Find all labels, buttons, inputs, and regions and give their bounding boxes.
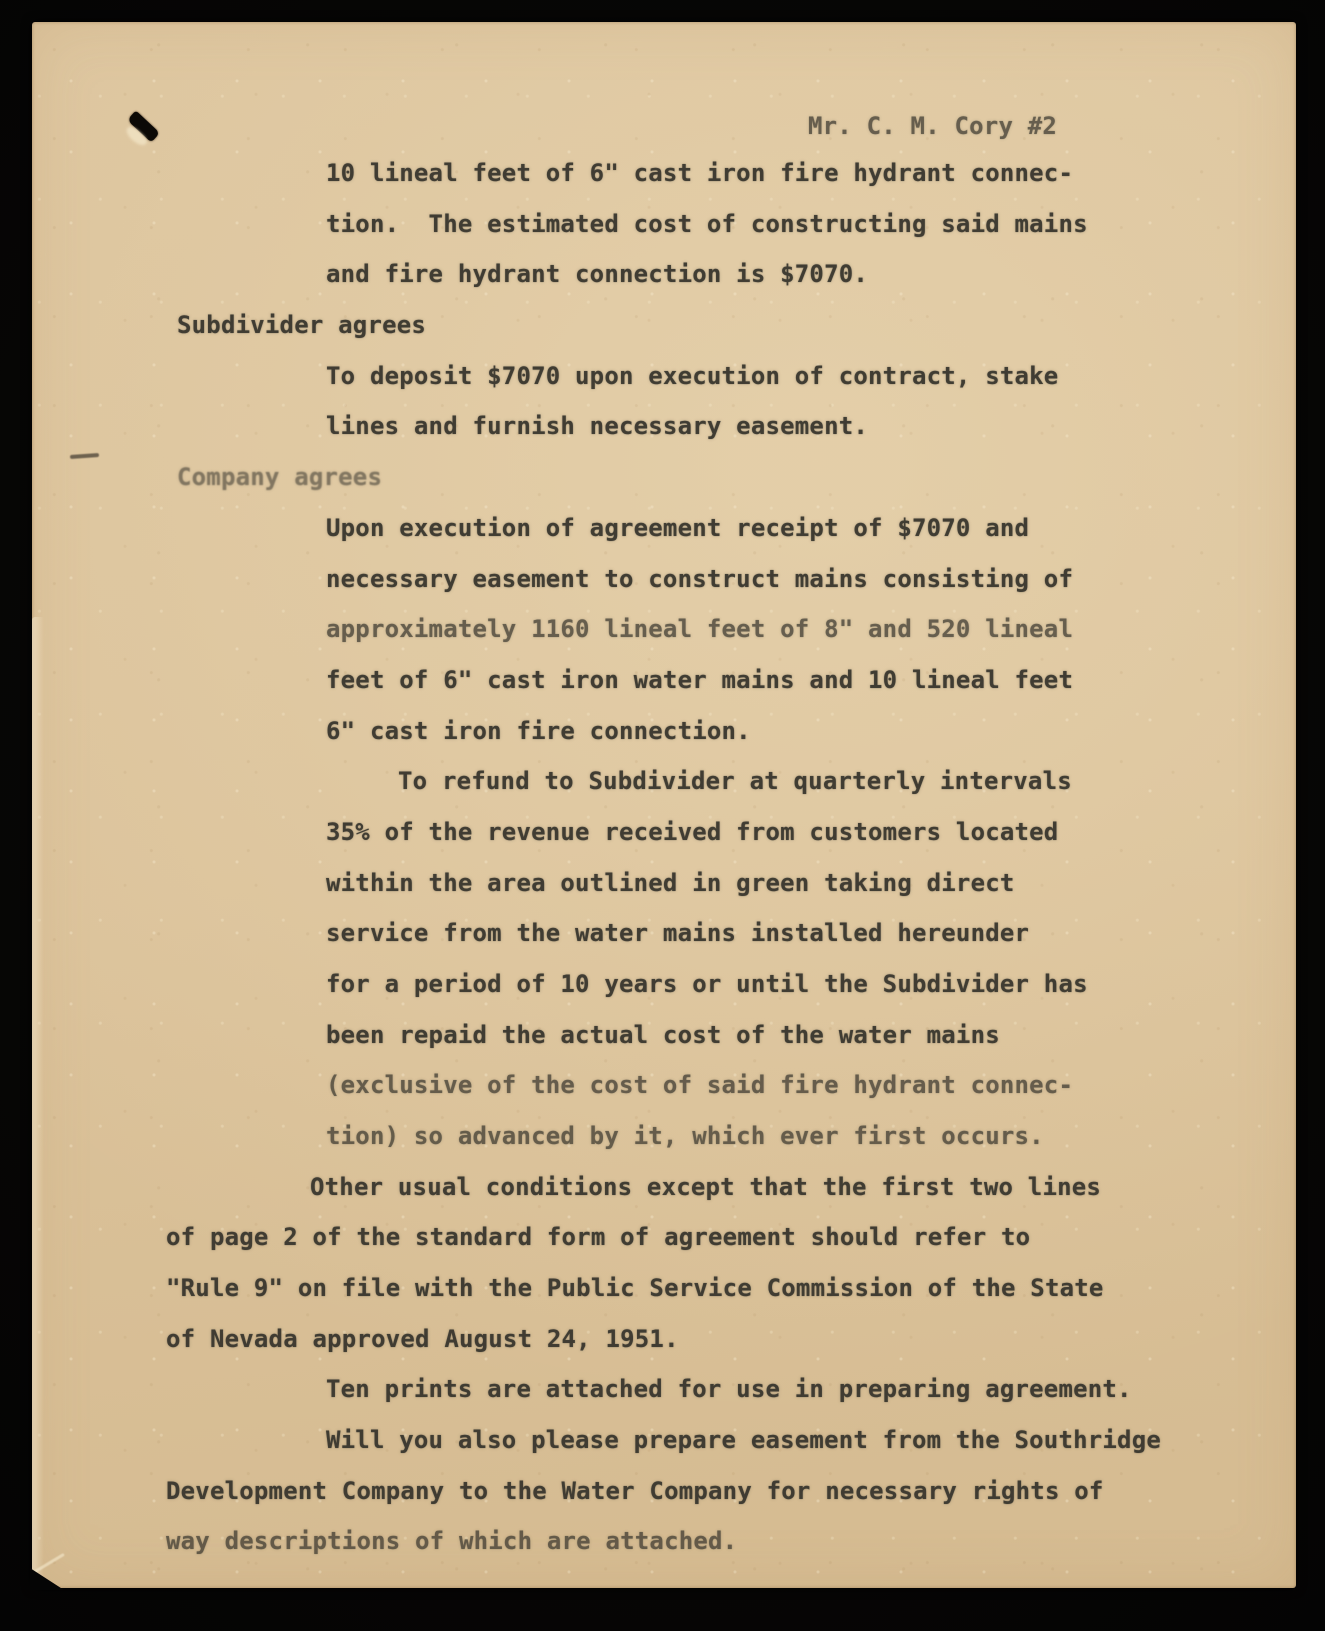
- typed-line: Development Company to the Water Company…: [166, 1477, 1104, 1506]
- typed-line: Other usual conditions except that the f…: [310, 1173, 1101, 1202]
- typed-line: approximately 1160 lineal feet of 8" and…: [326, 615, 1073, 644]
- typed-line: tion. The estimated cost of constructing…: [326, 210, 1088, 239]
- typed-line: feet of 6" cast iron water mains and 10 …: [326, 666, 1073, 695]
- typed-line: way descriptions of which are attached.: [166, 1527, 737, 1556]
- typed-line: been repaid the actual cost of the water…: [326, 1021, 1000, 1050]
- document-page: Mr. C. M. Cory #2 10 lineal feet of 6" c…: [32, 22, 1296, 1588]
- scanner-background: Mr. C. M. Cory #2 10 lineal feet of 6" c…: [0, 0, 1325, 1631]
- typed-line-company-agrees: Company agrees: [177, 463, 382, 492]
- typed-line: within the area outlined in green taking…: [326, 869, 1015, 898]
- page-header: Mr. C. M. Cory #2: [808, 112, 1057, 141]
- typed-line: Upon execution of agreement receipt of $…: [326, 514, 1029, 543]
- typed-text-layer: Mr. C. M. Cory #2 10 lineal feet of 6" c…: [32, 22, 1296, 1588]
- typed-line: service from the water mains installed h…: [326, 919, 1029, 948]
- typed-line: (exclusive of the cost of said fire hydr…: [326, 1071, 1073, 1100]
- typed-line: of page 2 of the standard form of agreem…: [166, 1223, 1030, 1252]
- typed-line: and fire hydrant connection is $7070.: [326, 260, 868, 289]
- typed-line: Will you also please prepare easement fr…: [326, 1426, 1161, 1455]
- typed-line: 10 lineal feet of 6" cast iron fire hydr…: [326, 159, 1073, 188]
- typed-line: To refund to Subdivider at quarterly int…: [398, 767, 1072, 796]
- typed-line: Ten prints are attached for use in prepa…: [326, 1375, 1132, 1404]
- typed-line: of Nevada approved August 24, 1951.: [166, 1325, 679, 1354]
- typed-line: 35% of the revenue received from custome…: [326, 818, 1058, 847]
- typed-line: necessary easement to construct mains co…: [326, 565, 1073, 594]
- typed-line: 6" cast iron fire connection.: [326, 717, 751, 746]
- typed-line: "Rule 9" on file with the Public Service…: [166, 1274, 1104, 1303]
- typed-line: for a period of 10 years or until the Su…: [326, 970, 1088, 999]
- typed-line-subdivider-agrees: Subdivider agrees: [177, 311, 426, 340]
- typed-line: tion) so advanced by it, which ever firs…: [326, 1122, 1044, 1151]
- typed-line: To deposit $7070 upon execution of contr…: [326, 362, 1058, 391]
- typed-line: lines and furnish necessary easement.: [326, 412, 868, 441]
